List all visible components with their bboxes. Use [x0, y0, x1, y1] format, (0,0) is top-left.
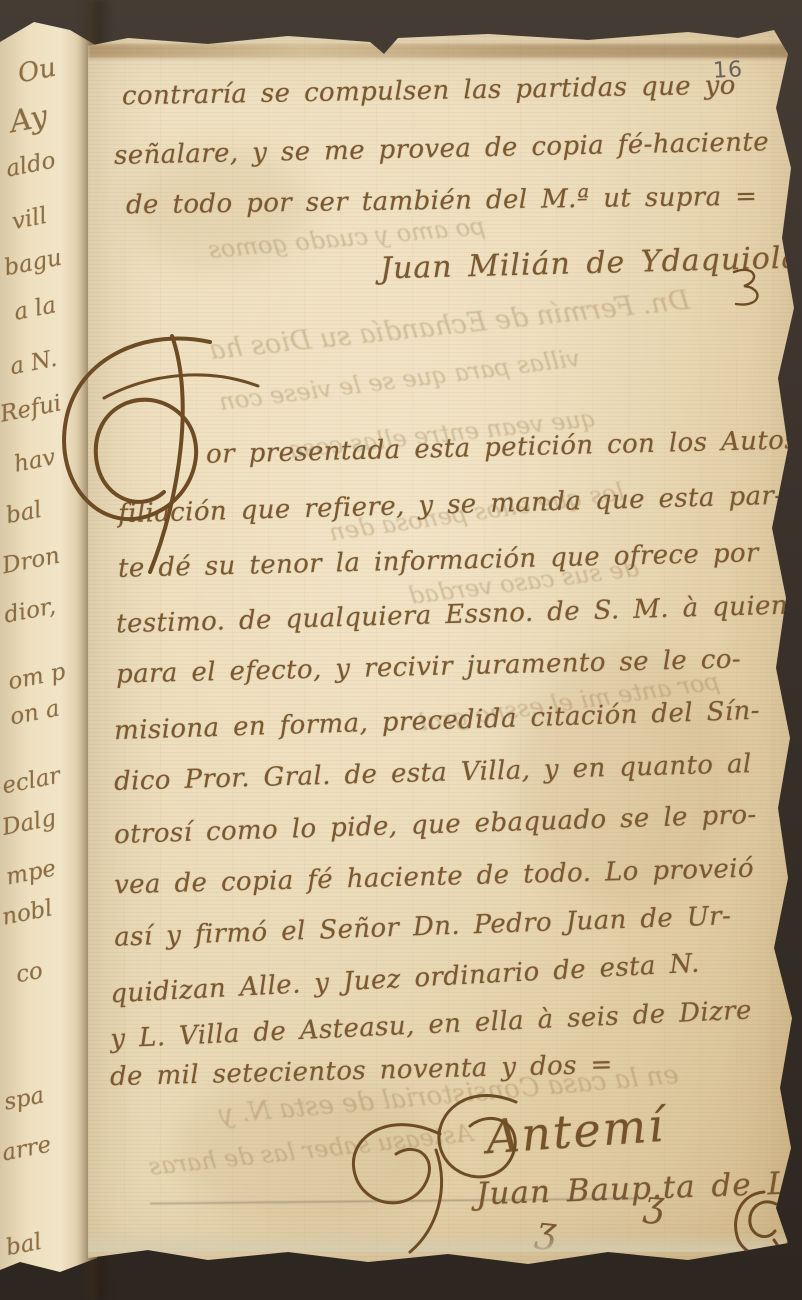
prev-page-fragment: vill — [10, 203, 49, 235]
prev-page-fragment: eclar — [0, 763, 62, 800]
prev-page-fragment: Ou — [15, 53, 58, 90]
prev-page-fragment: on a — [8, 695, 62, 730]
signature-rubric-flourish — [728, 266, 762, 306]
prev-page-fragment: bagu — [2, 245, 64, 282]
prev-page-fragment: Ay — [7, 99, 50, 140]
prev-page-fragment: nobl — [0, 895, 55, 930]
manuscript-line: quidizan Alle. y Juez ordinario de esta … — [110, 949, 701, 1010]
bleed-through-line: Dn. Fermín de Echandía su Dios ha — [208, 285, 692, 366]
prev-page-fragment: bal — [4, 1229, 44, 1261]
notary-initial-flourish — [340, 1110, 460, 1260]
prev-page-fragment: spa — [2, 1082, 46, 1115]
prev-page-fragment: aldo — [4, 148, 58, 183]
manuscript-line: así y firmó el Señor Dn. Pedro Juan de U… — [114, 901, 732, 953]
manuscript-line: contraría se compulsen las partidas que … — [122, 71, 736, 112]
prev-page-fragment: co — [14, 958, 45, 989]
top-edge-stain — [88, 44, 802, 58]
manuscript-page: 16 po amo y cuado gomos Dn. Fermín de Ec… — [88, 28, 802, 1268]
manuscript-line: señalare, y se me provea de copia fé-hac… — [114, 127, 770, 171]
manuscript-scan: Ou Ay aldo vill bagu a la a N. Refui hav… — [0, 0, 802, 1300]
rubric-mark: ʒ — [643, 1183, 666, 1225]
decree-initial-flourish — [52, 328, 267, 578]
notary-round-rubric — [730, 1186, 794, 1262]
prev-page-fragment: hav — [12, 444, 58, 477]
prev-page-fragment: om p — [6, 659, 68, 696]
prev-page-fragment: dior, — [2, 593, 58, 628]
prev-page-fragment: mpe — [4, 855, 58, 890]
prev-page-fragment: arre — [0, 1132, 53, 1167]
prev-page-fragment: a la — [12, 292, 58, 326]
prev-page-fragment: bal — [4, 497, 44, 529]
prev-page-fragment: Dalg — [0, 805, 58, 841]
